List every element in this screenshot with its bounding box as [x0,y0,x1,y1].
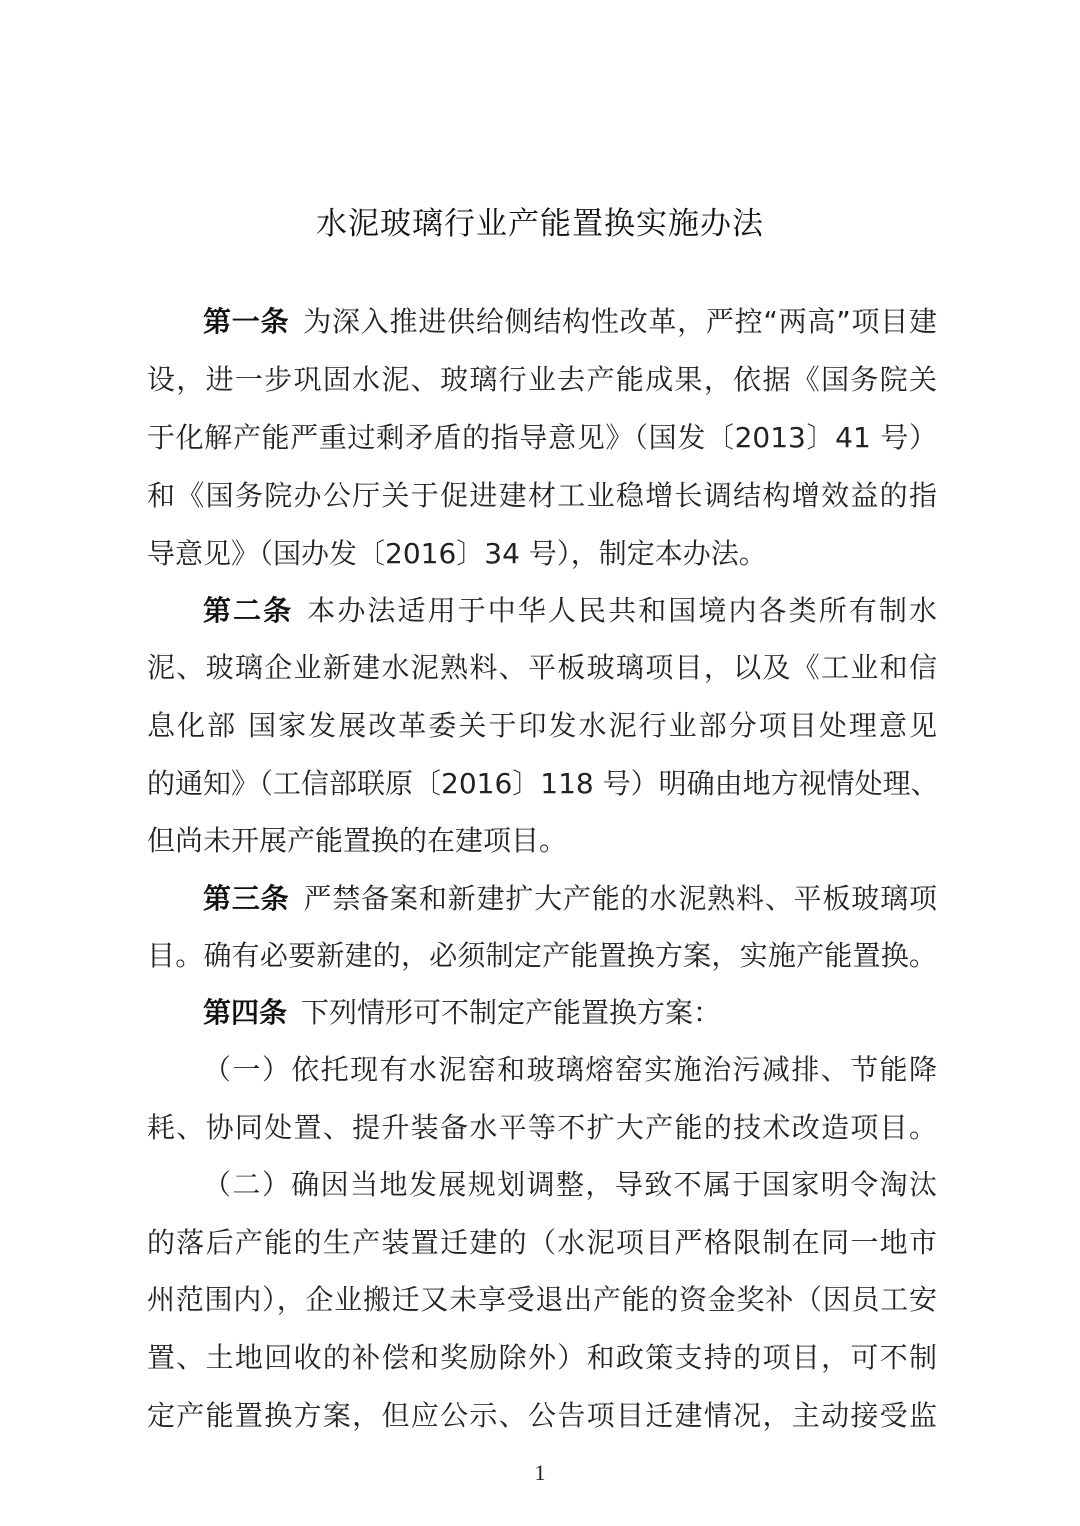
article-label: 第一条 [203,305,289,338]
article-1-line-5: 导意见》（国办发〔2016〕34 号），制定本办法。 [147,534,937,574]
article-3-line-1: 第三条严禁备案和新建扩大产能的水泥熟料、平板玻璃项 [203,879,937,919]
item-2-line-4: 置、土地回收的补偿和奖励除外）和政策支持的项目，可不制 [147,1338,937,1378]
item-1-line-2: 耗、协同处置、提升装备水平等不扩大产能的技术改造项目。 [147,1108,937,1148]
document-title: 水泥玻璃行业产能置换实施办法 [0,198,1080,243]
item-2-line-2: 的落后产能的生产装置迁建的（水泥项目严格限制在同一地市 [147,1223,937,1263]
item-1-line-1: （一）依托现有水泥窑和玻璃熔窑实施治污减排、节能降 [203,1050,937,1090]
article-1-line-4: 和《国务院办公厅关于促进建材工业稳增长调结构增效益的指 [147,476,937,516]
article-3-line-2: 目。确有必要新建的，必须制定产能置换方案，实施产能置换。 [147,936,937,976]
article-2-line-3: 息化部 国家发展改革委关于印发水泥行业部分项目处理意见 [147,706,937,746]
item-2-line-5: 定产能置换方案，但应公示、公告项目迁建情况，主动接受监 [147,1396,937,1436]
article-2-line-2: 泥、玻璃企业新建水泥熟料、平板玻璃项目，以及《工业和信 [147,648,937,688]
article-1-line-1: 第一条为深入推进供给侧结构性改革，严控“两高”项目建 [203,302,937,342]
paragraph-text: 下列情形可不制定产能置换方案： [301,996,721,1029]
page-number: 1 [0,1460,1080,1486]
item-2-line-3: 州范围内），企业搬迁又未享受退出产能的资金奖补（因员工安 [147,1280,937,1320]
paragraph-text: 严禁备案和新建扩大产能的水泥熟料、平板玻璃项 [304,882,937,915]
paragraph-text: 为深入推进供给侧结构性改革，严控“两高”项目建 [303,305,937,338]
article-1-line-2: 设，进一步巩固水泥、玻璃行业去产能成果，依据《国务院关 [147,360,937,400]
article-label: 第四条 [203,996,287,1029]
document-page: 水泥玻璃行业产能置换实施办法 第一条为深入推进供给侧结构性改革，严控“两高”项目… [0,0,1080,1526]
item-2-line-1: （二）确因当地发展规划调整，导致不属于国家明令淘汰 [203,1165,937,1205]
article-label: 第二条 [203,594,293,627]
article-1-line-3: 于化解产能严重过剩矛盾的指导意见》（国发〔2013〕41 号） [147,418,937,458]
article-2-line-5: 但尚未开展产能置换的在建项目。 [147,821,937,861]
paragraph-text: 本办法适用于中华人民共和国境内各类所有制水 [307,594,937,627]
article-4-line-1: 第四条下列情形可不制定产能置换方案： [203,993,937,1033]
article-2-line-1: 第二条本办法适用于中华人民共和国境内各类所有制水 [203,591,937,631]
article-2-line-4: 的通知》（工信部联原〔2016〕118 号）明确由地方视情处理、 [147,764,937,804]
article-label: 第三条 [203,882,290,915]
